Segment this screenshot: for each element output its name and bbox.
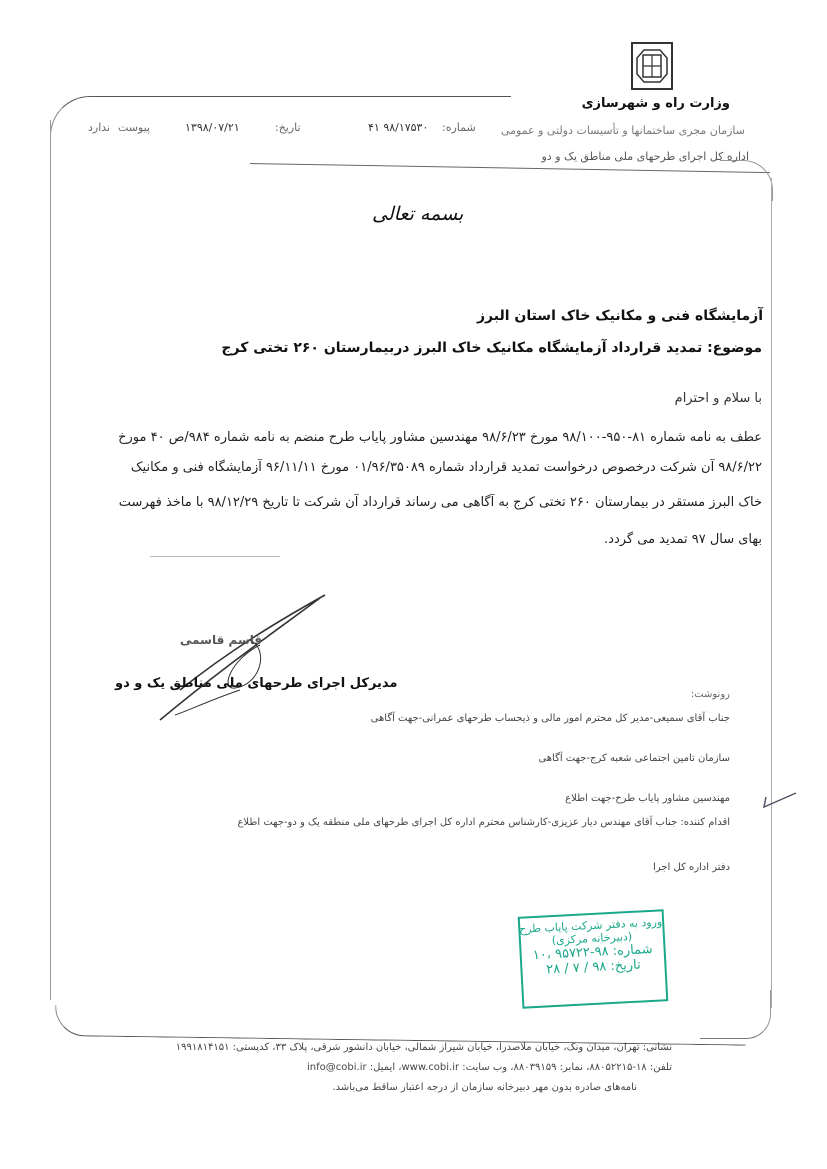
department-name: اداره کل اجرای طرحهای ملی مناطق یک و دو — [542, 150, 750, 163]
stamp-date-value: ۹۸ / ۷ / ۲۸ — [546, 959, 607, 977]
divider — [150, 556, 280, 557]
handwritten-signature-icon — [120, 590, 340, 730]
body-line: بهای سال ۹۷ تمدید می گردد. — [604, 532, 762, 547]
subject-line: موضوع: تمدید قرارداد آزمایشگاه مکانیک خا… — [221, 340, 762, 356]
checkmark-icon — [760, 785, 800, 815]
letterhead-frame-right — [771, 178, 772, 1008]
cc-item: دفتر اداره کل اجرا — [653, 862, 730, 873]
frame-corner — [720, 160, 773, 201]
ministry-name: وزارت راه و شهرسازی — [582, 96, 730, 111]
greeting: با سلام و احترام — [675, 391, 762, 406]
footer-notice: نامه‌های صادره بدون مهر دبیرخانه سازمان … — [333, 1082, 638, 1093]
number-label: شماره: — [442, 121, 476, 134]
attachment-value: ندارد — [88, 121, 110, 134]
organization-name: سازمان مجری ساختمانها و تأسیسات دولتی و … — [501, 124, 745, 137]
cc-item: جناب آقای سمیعی-مدیر کل محترم امور مالی … — [371, 713, 730, 724]
ministry-logo-emblem-icon — [633, 44, 671, 88]
number-value: ۴۱ ۹۸/۱۷۵۳۰ — [368, 121, 428, 134]
body-line: عطف به نامه شماره ۸۱-۹۵۰-۹۸/۱۰۰ مورخ ۹۸/… — [118, 430, 762, 445]
invocation: بسمه تعالی — [372, 203, 463, 225]
signer-name: قاسم قاسمی — [180, 633, 262, 647]
stamp-number-label: شماره: — [612, 942, 653, 959]
frame-corner-bottom — [700, 990, 771, 1039]
footer-address: نشانی: تهران، میدان ونک، خیابان ملاصدرا،… — [176, 1042, 672, 1053]
letterhead-frame-bottom — [55, 1005, 746, 1046]
footer-contact: تلفن: ۱۸-۸۸۰۵۲۲۱۵، نمابر: ۸۸۰۳۹۱۵۹، وب س… — [307, 1062, 672, 1073]
body-line: خاک البرز مستقر در بیمارستان ۲۶۰ تختی کر… — [119, 495, 762, 510]
letterhead-frame-left — [50, 120, 51, 1000]
stamp-date-label: تاریخ: — [610, 958, 641, 975]
cc-item: مهندسین مشاور پایاب طرح-جهت اطلاع — [565, 793, 730, 804]
signer-title: مدیرکل اجرای طرحهای ملی مناطق یک و دو — [115, 676, 397, 691]
addressee: آزمایشگاه فنی و مکانیک خاک استان البرز — [477, 308, 763, 324]
attachment-label: پیوست — [118, 121, 150, 134]
cc-label: رونوشت: — [691, 689, 730, 700]
cc-item: اقدام کننده: جناب آقای مهندس دیار عزیزی-… — [237, 817, 730, 828]
cc-item: سازمان تامین اجتماعی شعبه کرج-جهت آگاهی — [538, 753, 730, 764]
date-label: تاریخ: — [275, 121, 301, 134]
body-line: ۹۸/۶/۲۲ آن شرکت درخصوص درخواست تمدید قرا… — [131, 460, 762, 475]
received-stamp: ورود به دفتر شرکت پایاب طرح (دبیرخانه مر… — [518, 909, 669, 1009]
date-value: ۱۳۹۸/۰۷/۲۱ — [185, 121, 240, 134]
